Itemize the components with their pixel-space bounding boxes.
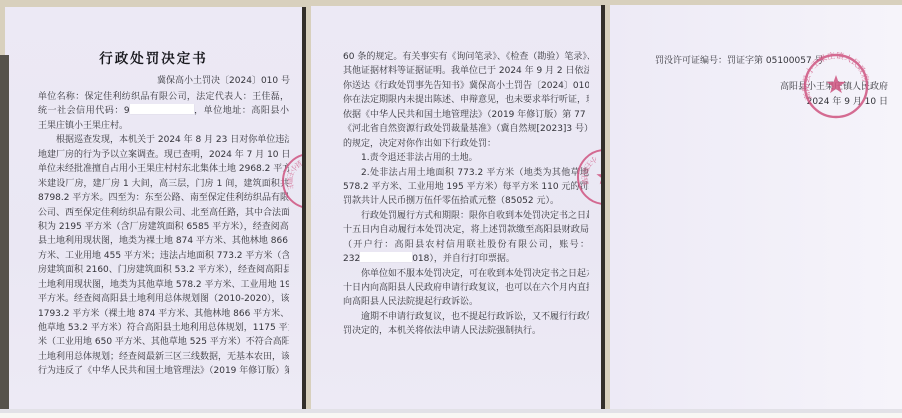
text-line: 罚款共计人民币捌万伍仟零伍拾贰元整（85052 元）。 — [343, 194, 589, 208]
text-line: 你送达《行政处罚事先告知书》冀保高小土罚告〔2024〕010 号， — [343, 79, 589, 93]
scanned-document-composite: 行政处罚决定书 冀保高小土罚决〔2024〕010 号 单位名称：保定佳利纺织品有… — [0, 0, 902, 418]
page-gap-divider — [302, 7, 306, 409]
seal-star-icon — [827, 75, 846, 93]
redaction-box — [130, 104, 194, 114]
page-gap-divider — [601, 5, 605, 409]
text-line: 单位名称：保定佳利纺织品有限公司，法定代表人：王佳磊， — [38, 90, 289, 104]
text-line: 积为 2195 平方米（含厂房建筑面积 6585 平方米），经查阅高阳 — [38, 220, 289, 234]
address-suffix: ，单位地址：高阳县小 — [194, 106, 289, 116]
redaction-box — [360, 252, 412, 262]
text-line: 根据巡查发现，本机关于 2024 年 8 月 23 日对你单位违法占 — [38, 133, 289, 147]
text-line: 的规定，决定对你作出如下行政处罚： — [343, 137, 589, 151]
page-3: 罚没许可证编号：罚证字第 05100057 号 高阳县小王果庄镇人民政府 202… — [610, 5, 902, 409]
credit-code-prefix: 统一社会信用代码：9 — [38, 106, 130, 116]
edge-seal-text: 县小王果庄 — [285, 158, 302, 190]
page-1: 行政处罚决定书 冀保高小土罚决〔2024〕010 号 单位名称：保定佳利纺织品有… — [5, 7, 302, 409]
text-line: 他草地 53.2 平方米）符合高阳县土地利用总体规划，1175 平方 — [38, 321, 289, 335]
text-line: 你单位如不服本处罚决定，可在收到本处罚决定书之日起六 — [343, 267, 589, 281]
text-line: 单位未经批准擅自占用小王果庄村村东北集体土地 2968.2 平方 — [38, 162, 289, 176]
text-line: 米建设厂房，建厂房 1 大间，高三层，门房 1 间，建筑面积共 — [38, 177, 289, 191]
text-line: 地建厂房的行为予以立案调查。现已查明，2024 年 7 月 10 日你 — [38, 148, 289, 162]
text-line: 土地利用总体规划；经查阅最新三区三线数据，无基本农田，该 — [38, 350, 289, 364]
text-line: 232018），并自行打印票据。 — [343, 252, 589, 266]
text-line: 米（工业用地 650 平方米、其他草地 525 平方米）不符合高阳县 — [38, 335, 289, 349]
text-line: 十五日内自动履行本处罚决定，将上述罚款缴至高阳县财政局 — [343, 223, 589, 237]
page-2: 60 条的规定。有关事实有《询问笔录》、《检查（勘验）笔录》、 其他证据材料等证… — [311, 6, 601, 409]
edge-seal-text: 小王果庄镇 — [580, 154, 599, 187]
edge-paging-seal: 县小王果庄 — [280, 151, 302, 211]
text-line: 行为违反了《中华人民共和国土地管理法》（2019 年修订版）第 — [38, 364, 289, 378]
doc-number: 冀保高小土罚决〔2024〕010 号 — [5, 73, 290, 86]
text-line: 2.处非法占用土地面积 773.2 平方米（地类为其他草地 — [343, 166, 589, 180]
text-line: 《河北省自然资源行政处罚裁量基准》（冀自然规[2023]3 号） — [343, 122, 589, 136]
text-line: 罚决定的，本机关将依法申请人民法院强制执行。 — [343, 324, 589, 338]
text-line: 县土地利用现状图，地类为裸土地 874 平方米、其他林地 866 平 — [38, 234, 289, 248]
official-seal: 高阳县小王果庄镇人民政府 — [802, 52, 870, 120]
text-line: 房建筑面积 2160、门房建筑面积 53.2 平方米），经查阅高阳县 — [38, 263, 289, 277]
text-line: 方米、工业用地 455 平方米；违法占地面积 773.2 平方米（含厂 — [38, 249, 289, 263]
text-line: 8798.2 平方米。四至为：东至公路、南至保定佳利纺织品有限 — [38, 191, 289, 205]
text-line: 向高阳县人民法院提起行政诉讼。 — [343, 295, 589, 309]
account-prefix: 232 — [343, 254, 360, 264]
text-line: 统一社会信用代码：9，单位地址：高阳县小 — [38, 104, 289, 118]
text-line: （开户行：高阳县农村信用联社股份有限公司，账号： — [343, 238, 589, 252]
text-line: 行政处罚履行方式和期限：限你自收到本处罚决定书之日起 — [343, 209, 589, 223]
scanner-edge-shadow — [0, 55, 9, 409]
edge-paging-seal: 小王果庄镇 — [575, 147, 601, 207]
page-title: 行政处罚决定书 — [5, 47, 302, 67]
page-2-body: 60 条的规定。有关事实有《询问笔录》、《检查（勘验）笔录》、 其他证据材料等证… — [343, 50, 589, 339]
text-line: 土地利用现状图，地类为其他草地 578.2 平方米、工业用地 195 — [38, 278, 289, 292]
account-suffix: 018），并自行打印票据。 — [412, 254, 515, 264]
text-line: 逾期不申请行政复议，也不提起行政诉讼，又不履行行政处 — [343, 310, 589, 324]
text-line: 你在法定期限内未提出陈述、申辩意见，也未要求举行听证，现 — [343, 93, 589, 107]
text-line: 王果庄镇小王果庄村。 — [38, 119, 289, 133]
text-line: 平方米。经查阅高阳县土地利用总体规划图（2010-2020），该地 — [38, 292, 289, 306]
page-1-body: 单位名称：保定佳利纺织品有限公司，法定代表人：王佳磊， 统一社会信用代码：9，单… — [38, 90, 289, 379]
text-line: 578.2 平方米、工业用地 195 平方米）每平方米 110 元的罚款， — [343, 180, 589, 194]
text-line: 其他证据材料等证据证明。我单位已于 2024 年 9 月 2 日依法向 — [343, 64, 589, 78]
text-line: 1.责令退还非法占用的土地。 — [343, 151, 589, 165]
text-line: 1793.2 平方米（裸土地 874 平方米、其他林地 866 平方米、其 — [38, 307, 289, 321]
text-line: 依据《中华人民共和国土地管理法》（2019 年修订版）第 77 条、 — [343, 108, 589, 122]
text-line: 十日内向高阳县人民政府申请行政复议，也可以在六个月内直接 — [343, 281, 589, 295]
text-line: 公司、西至保定佳利纺织品有限公司、北至高任路，其中合法面 — [38, 206, 289, 220]
scanner-bottom-strip — [0, 413, 902, 418]
text-line: 60 条的规定。有关事实有《询问笔录》、《检查（勘验）笔录》、 — [343, 50, 589, 64]
